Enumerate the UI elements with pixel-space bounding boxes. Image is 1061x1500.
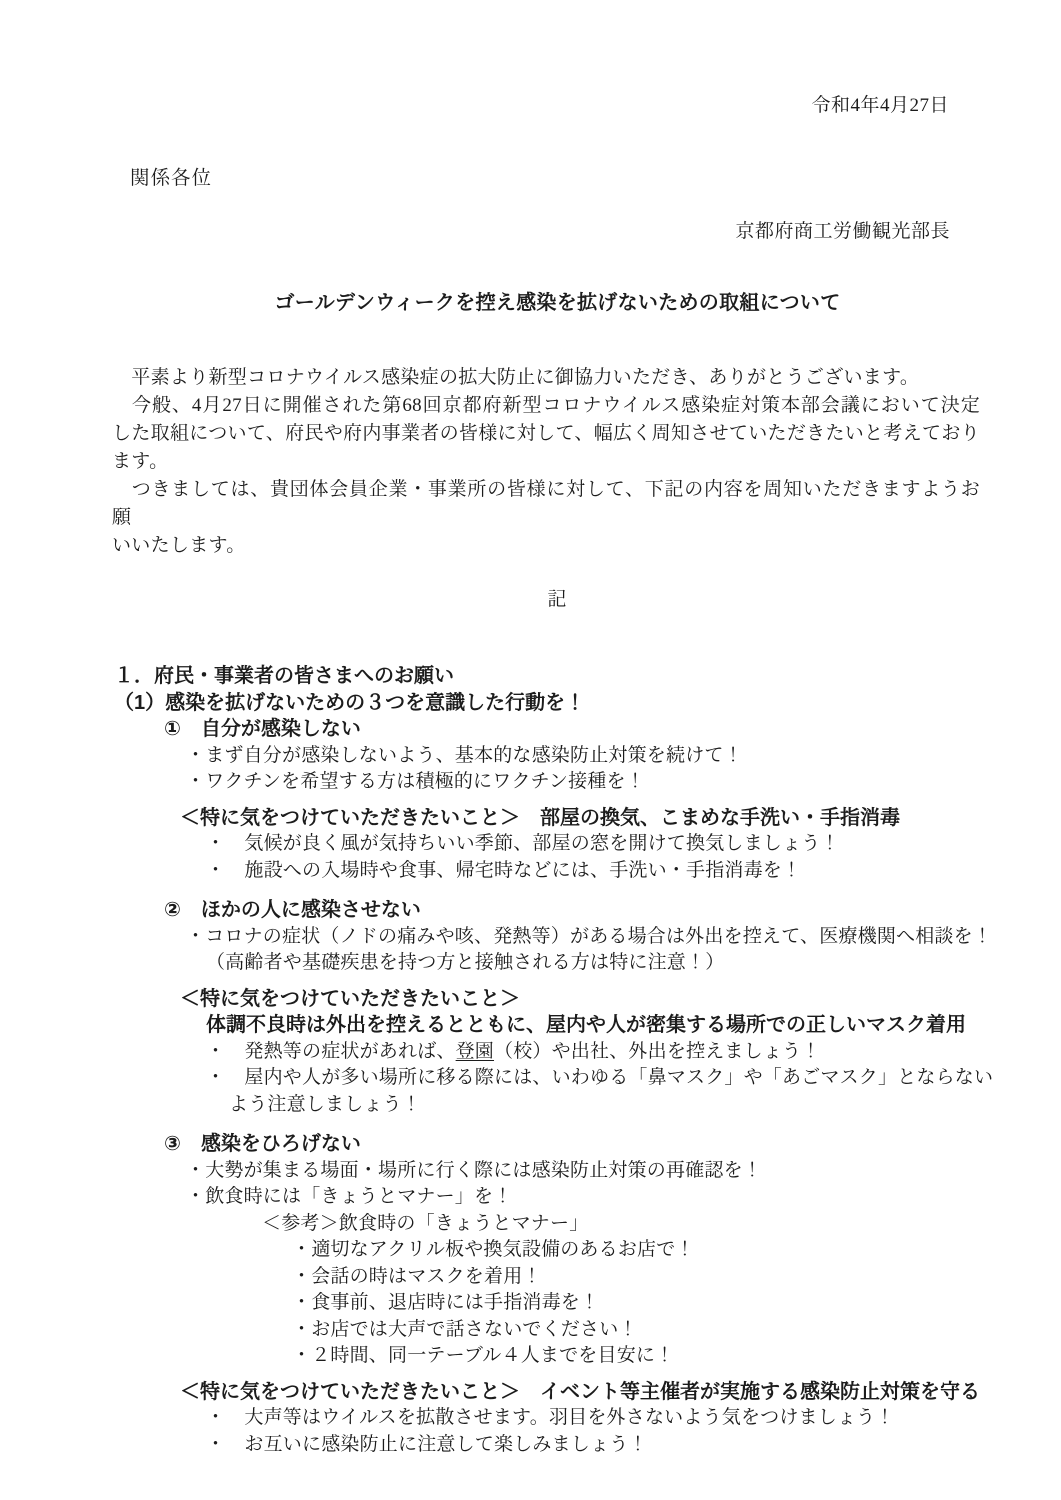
body-line: ・適切なアクリル板や換気設備のあるお店で！ xyxy=(292,1237,1003,1264)
body-line: ・ 屋内や人が多い場所に移る際には、いわゆる「鼻マスク」や「あごマスク」とならな… xyxy=(206,1065,1003,1118)
body-line: ・コロナの症状（ノドの痛みや咳、発熱等）がある場合は外出を控えて、医療機関へ相談… xyxy=(186,924,1003,951)
section-heading: 体調不良時は外出を控えるとともに、屋内や人が密集する場所での正しいマスク着用 xyxy=(206,1012,1003,1039)
body-line: ・ 施設への入場時や食事、帰宅時などには、手洗い・手指消毒を！ xyxy=(206,858,1003,885)
body-line: ・ 発熱等の症状があれば、登園（校）や出社、外出を控えましょう！ xyxy=(206,1039,1003,1066)
sender-line: 京都府商工労働観光部長 xyxy=(112,218,1003,245)
body-line: （高齢者や基礎疾患を持つ方と接触される方は特に注意！） xyxy=(206,950,1003,977)
body-line: ・食事前、退店時には手指消毒を！ xyxy=(292,1290,1003,1317)
text-segment: ・ 発熱等の症状があれば、 xyxy=(206,1041,456,1062)
body-line: ・２時間、同一テーブル４人までを目安に！ xyxy=(292,1343,1003,1370)
body-line: ・飲食時には「きょうとマナー」を！ xyxy=(186,1184,1003,1211)
text-segment: （校）や出社、外出を控えましょう！ xyxy=(494,1041,820,1062)
body-line: ・お店では大声で話さないでください！ xyxy=(292,1317,1003,1344)
section-heading: １．府民・事業者の皆さまへのお願い xyxy=(114,663,1003,690)
recipient-line: 関係各位 xyxy=(130,165,1003,192)
intro-line: つきましては、貴団体会員企業・事業所の皆様に対して、下記の内容を周知いただきます… xyxy=(112,476,980,532)
intro-line: ます。 xyxy=(112,448,980,476)
body-line: ・ワクチンを希望する方は積極的にワクチン接種を！ xyxy=(186,769,1003,796)
body-line: ・ お互いに感染防止に注意して楽しみましょう！ xyxy=(206,1432,1003,1459)
body-line: ・大勢が集まる場面・場所に行く際には感染防止対策の再確認を！ xyxy=(186,1158,1003,1185)
ki-marker: 記 xyxy=(112,586,1003,613)
body-line: ・ 気候が良く風が気持ちいい季節、部屋の窓を開けて換気しましょう！ xyxy=(206,831,1003,858)
section-heading: ② ほかの人に感染させない xyxy=(164,897,1003,924)
document-title: ゴールデンウィークを控え感染を拡げないための取組について xyxy=(112,289,1003,318)
intro-paragraphs: 平素より新型コロナウイルス感染症の拡大防止に御協力いただき、ありがとうございます… xyxy=(112,364,980,560)
document-page: 令和4年4月27日 関係各位 京都府商工労働観光部長 ゴールデンウィークを控え感… xyxy=(0,0,1061,1500)
body-line: ・会話の時はマスクを着用！ xyxy=(292,1264,1003,1291)
section-heading: ＜特に気をつけていただきたいこと＞ イベント等主催者が実施する感染防止対策を守る xyxy=(180,1379,1003,1406)
intro-line: 今般、4月27日に開催された第68回京都府新型コロナウイルス感染症対策本部会議に… xyxy=(112,392,980,420)
document-date: 令和4年4月27日 xyxy=(112,92,1003,119)
body-line: ・まず自分が感染しないよう、基本的な感染防止対策を続けて！ xyxy=(186,743,1003,770)
underlined-text: 登園 xyxy=(456,1041,494,1062)
section-heading: （1）感染を拡げないための３つを意識した行動を！ xyxy=(114,690,1003,717)
intro-line: 平素より新型コロナウイルス感染症の拡大防止に御協力いただき、ありがとうございます… xyxy=(112,364,980,392)
section-heading: ③ 感染をひろげない xyxy=(164,1131,1003,1158)
body-line: ＜参考＞飲食時の「きょうとマナー」 xyxy=(262,1211,1003,1238)
section-heading: ＜特に気をつけていただきたいこと＞ xyxy=(180,986,1003,1013)
document-body: １．府民・事業者の皆さまへのお願い（1）感染を拡げないための３つを意識した行動を… xyxy=(112,663,1003,1458)
intro-line: した取組について、府民や府内事業者の皆様に対して、幅広く周知させていただきたいと… xyxy=(112,420,980,448)
body-line: ・ 大声等はウイルスを拡散させます。羽目を外さないよう気をつけましょう！ xyxy=(206,1405,1003,1432)
section-heading: ＜特に気をつけていただきたいこと＞ 部屋の換気、こまめな手洗い・手指消毒 xyxy=(180,805,1003,832)
section-heading: ① 自分が感染しない xyxy=(164,716,1003,743)
intro-line: いいたします。 xyxy=(112,532,980,560)
